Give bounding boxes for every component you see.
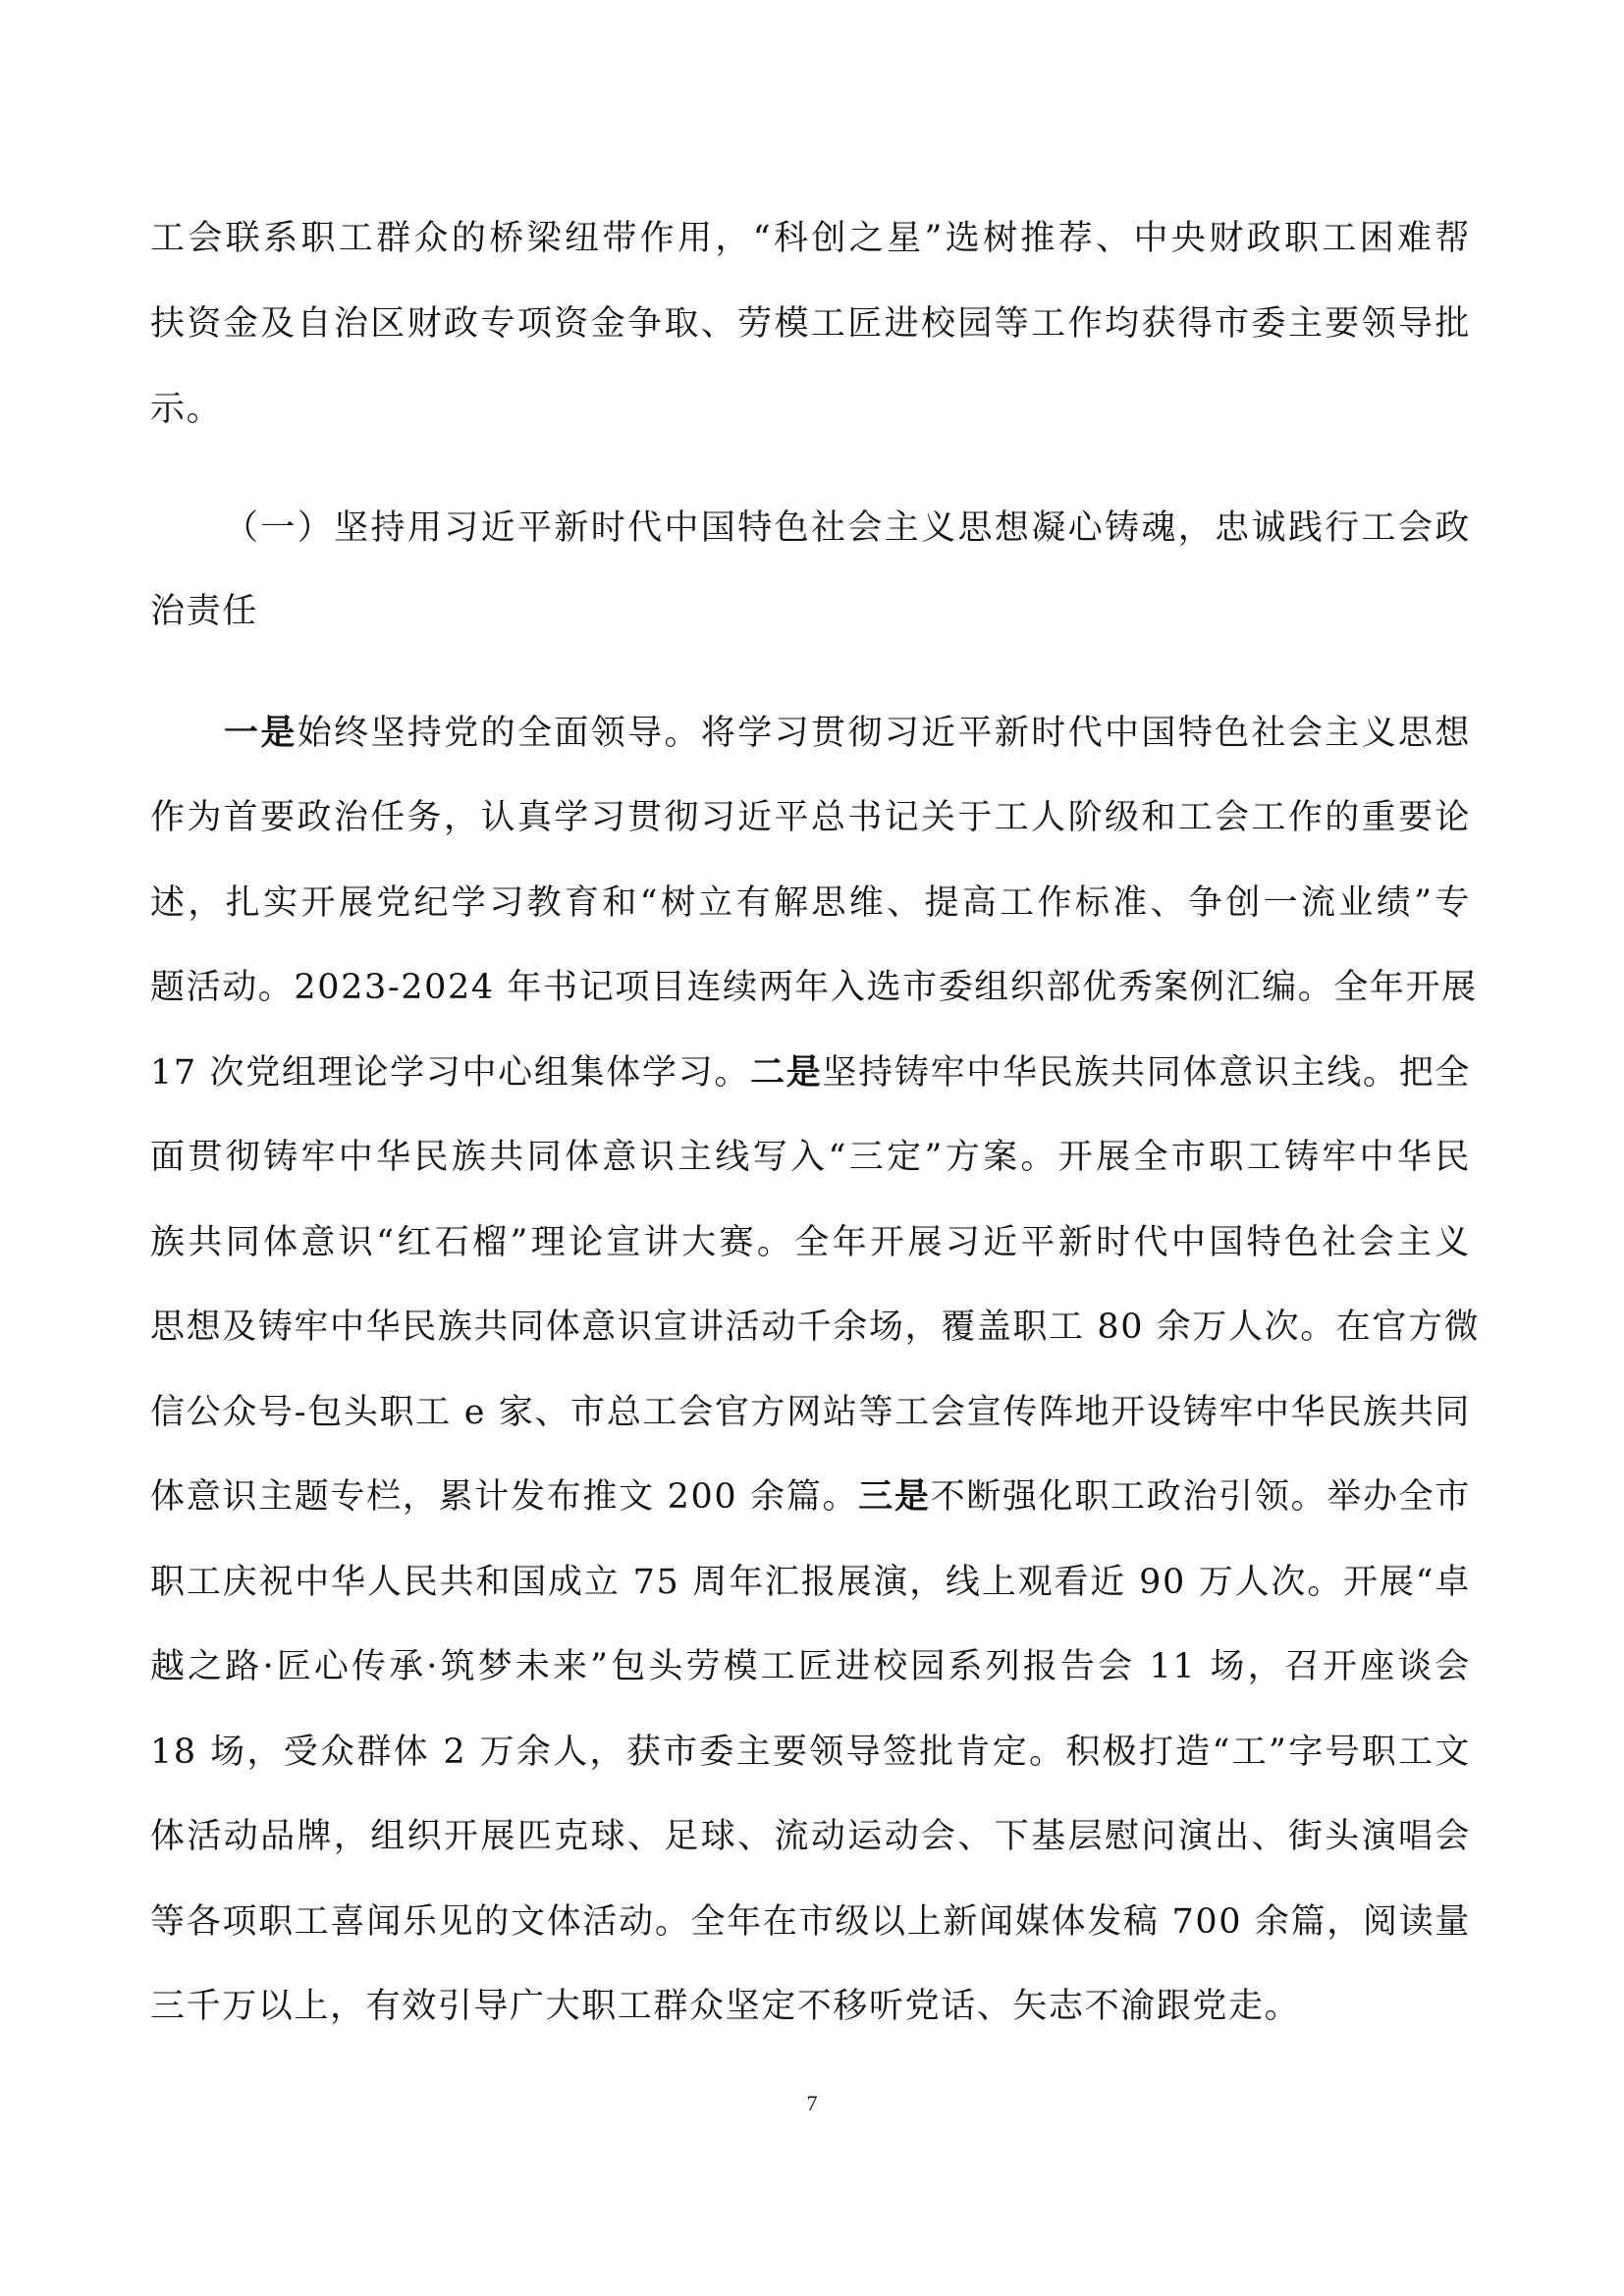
paragraph-line: 示。 [150, 385, 1471, 434]
paragraph-line: 述，扎实开展党纪学习教育和“树立有解思维、提高工作标准、争创一流业绩”专 [150, 879, 1471, 928]
section-heading-cont: 治责任 [150, 587, 1471, 636]
paragraph-line: 思想及铸牢中华民族共同体意识宣讲活动千余场，覆盖职工 80 余万人次。在官方微 [150, 1303, 1471, 1352]
text: 始终坚持党的全面领导。将学习贯彻习近平新时代中国特色社会主义思想 [298, 714, 1471, 753]
paragraph-line: 体活动品牌，组织开展匹克球、足球、流动运动会、下基层慰问演出、街头演唱会 [150, 1812, 1471, 1861]
paragraph-line: 信公众号-包头职工 e 家、市总工会官方网站等工会宣传阵地开设铸牢中华民族共同 [150, 1388, 1471, 1437]
paragraph-line: 体意识主题专栏，累计发布推文 200 余篇。三是不断强化职工政治引领。举办全市 [150, 1472, 1471, 1522]
paragraph-line: 18 场，受众群体 2 万余人，获市委主要领导签批肯定。积极打造“工”字号职工文 [150, 1728, 1471, 1777]
page-number: 7 [785, 2091, 839, 2116]
paragraph-line: 三千万以上，有效引导广大职工群众坚定不移听党话、矢志不渝跟党走。 [150, 1982, 1471, 2031]
emphasis-first: 一是 [224, 714, 298, 753]
text: 坚持铸牢中华民族共同体意识主线。把全 [822, 1053, 1471, 1093]
paragraph-line: 职工庆祝中华人民共和国成立 75 周年汇报展演，线上观看近 90 万人次。开展“… [150, 1558, 1471, 1607]
text: 17 次党组理论学习中心组集体学习。 [150, 1053, 750, 1093]
paragraph-line: 等各项职工喜闻乐见的文体活动。全年在市级以上新闻媒体发稿 700 余篇，阅读量 [150, 1897, 1471, 1947]
paragraph-line: 作为首要政治任务，认真学习贯彻习近平总书记关于工人阶级和工会工作的重要论 [150, 793, 1471, 842]
section-heading: （一）坚持用习近平新时代中国特色社会主义思想凝心铸魂，忠诚践行工会政 [224, 504, 1471, 553]
emphasis-third: 三是 [858, 1477, 930, 1517]
document-page: 工会联系职工群众的桥梁纽带作用，“科创之星”选树推荐、中央财政职工困难帮 扶资金… [0, 0, 1624, 2296]
paragraph-line: 越之路·匠心传承·筑梦未来”包头劳模工匠进校园系列报告会 11 场，召开座谈会 [150, 1642, 1471, 1691]
paragraph-line: 17 次党组理论学习中心组集体学习。二是坚持铸牢中华民族共同体意识主线。把全 [150, 1048, 1471, 1097]
paragraph-line: 族共同体意识“红石榴”理论宣讲大赛。全年开展习近平新时代中国特色社会主义 [150, 1218, 1471, 1267]
text: 体意识主题专栏，累计发布推文 200 余篇。 [150, 1477, 858, 1517]
emphasis-second: 二是 [750, 1053, 822, 1093]
paragraph-line: 面贯彻铸牢中华民族共同体意识主线写入“三定”方案。开展全市职工铸牢中华民 [150, 1133, 1471, 1182]
paragraph-line: 一是始终坚持党的全面领导。将学习贯彻习近平新时代中国特色社会主义思想 [224, 709, 1471, 758]
text: 不断强化职工政治引领。举办全市 [931, 1477, 1471, 1517]
paragraph-line: 题活动。2023-2024 年书记项目连续两年入选市委组织部优秀案例汇编。全年开… [150, 963, 1471, 1012]
paragraph-line: 扶资金及自治区财政专项资金争取、劳模工匠进校园等工作均获得市委主要领导批 [150, 299, 1471, 348]
paragraph-line: 工会联系职工群众的桥梁纽带作用，“科创之星”选树推荐、中央财政职工困难帮 [150, 214, 1471, 263]
